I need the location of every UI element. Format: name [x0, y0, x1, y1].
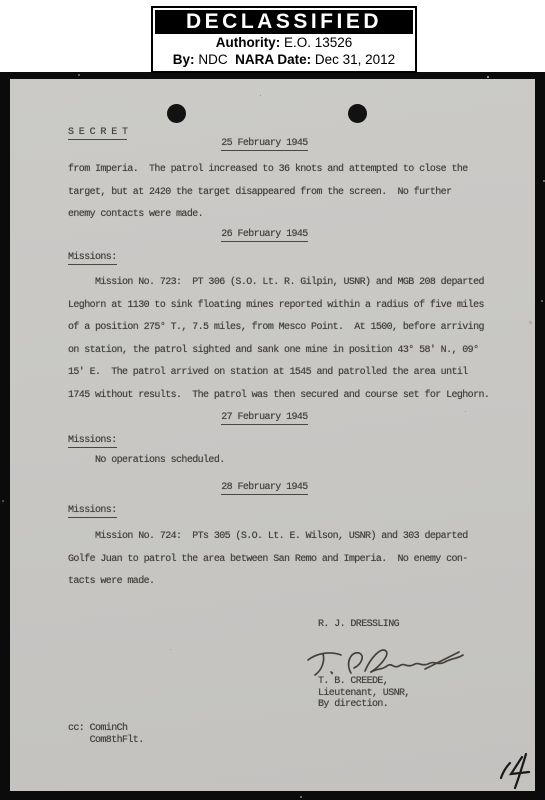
authority-value: E.O. 13526: [284, 35, 352, 50]
document-page: S E C R E T 25 February 1945 from Imperi…: [10, 79, 535, 791]
paragraph-27-feb: No operations scheduled.: [68, 450, 225, 473]
nara-date-value: Dec 31, 2012: [315, 52, 395, 67]
signer-name: R. J. DRESSLING: [318, 618, 399, 631]
signature-block: T. B. CREEDE, Lieutenant, USNR, By direc…: [318, 676, 410, 711]
paragraph-25-feb: from Imperia. The patrol increased to 36…: [68, 159, 468, 227]
authority-line: Authority: E.O. 13526: [155, 35, 413, 51]
scan-noise: [0, 72, 2, 74]
missions-heading-26-feb: Missions:: [68, 251, 117, 264]
hole-punch-left: [167, 104, 186, 123]
scanned-document-viewer: DECLASSIFIED Authority: E.O. 13526 By: N…: [0, 0, 545, 800]
authority-label: Authority:: [216, 35, 281, 50]
declassified-banner: DECLASSIFIED: [155, 10, 413, 34]
paragraph-mission-724: Mission No. 724: PTs 305 (S.O. Lt. E. Wi…: [68, 526, 468, 594]
nara-date-label: NARA Date:: [235, 52, 311, 67]
paper-noise: [10, 79, 11, 80]
nara-by-line: By: NDC NARA Date: Dec 31, 2012: [155, 52, 413, 68]
by-label: By:: [173, 52, 195, 67]
hole-punch-right: [348, 104, 367, 123]
date-heading-27-feb: 27 February 1945: [2, 411, 527, 424]
handwritten-signature: [305, 645, 467, 679]
date-heading-26-feb: 26 February 1945: [2, 228, 527, 241]
missions-heading-27-feb: Missions:: [68, 434, 117, 447]
date-heading-28-feb: 28 February 1945: [2, 481, 527, 494]
date-heading-25-feb: 25 February 1945: [2, 137, 527, 150]
missions-heading-28-feb: Missions:: [68, 504, 117, 517]
cc-list: cc: CominCh Com8thFlt.: [68, 723, 144, 747]
declassified-stamp: DECLASSIFIED Authority: E.O. 13526 By: N…: [151, 6, 417, 73]
by-value: NDC: [198, 52, 227, 67]
paragraph-mission-723: Mission No. 723: PT 306 (S.O. Lt. R. Gil…: [68, 272, 489, 408]
page-number-mark: [494, 750, 536, 790]
